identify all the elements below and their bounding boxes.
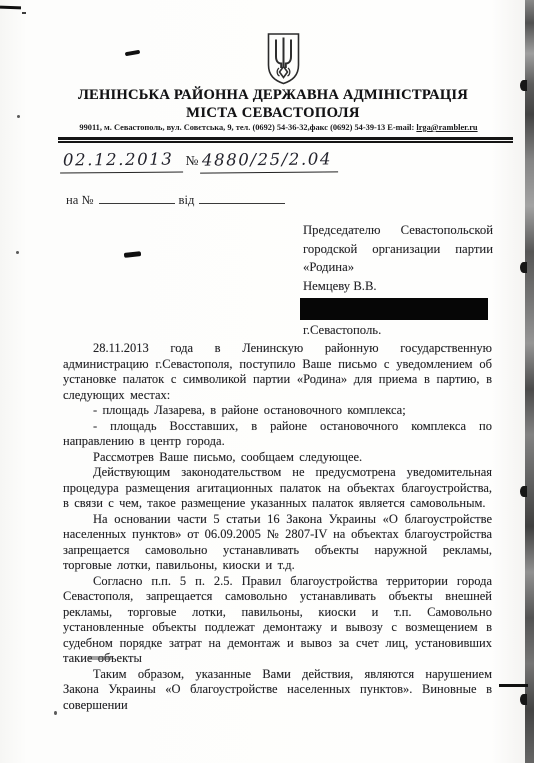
recipient-city: г.Севастополь.	[303, 321, 493, 340]
contact-line: 99011, м. Севастополь, вул. Совєтська, 9…	[45, 123, 512, 132]
reply-number-blank	[99, 191, 175, 204]
reply-date-blank	[199, 191, 285, 204]
body-paragraph: Согласно п.п. 5 п. 2.5. Правил благоустр…	[63, 574, 492, 667]
recipient-address: Председателю Севастопольской городской о…	[303, 221, 493, 277]
body-paragraph: - площадь Восставших, в районе остановоч…	[63, 419, 492, 450]
reference-row: 02.12.2013№4880/25/2.04	[60, 150, 338, 173]
recipient-block: Председателю Севастопольской городской о…	[303, 221, 493, 340]
letterhead-rule	[58, 137, 513, 143]
recipient-name: Немцеву В.В.	[303, 277, 493, 296]
scan-tick-mark	[22, 12, 26, 14]
scanned-letter-page: ЛЕНІНСЬКА РАЙОННА ДЕРЖАВНА АДМІНІСТРАЦІЯ…	[0, 0, 534, 763]
body-paragraph: Действующим законодательством не предусм…	[63, 465, 492, 512]
ink-dash-mark	[125, 50, 140, 57]
letter-body: 28.11.2013 года в Ленинскую районную гос…	[63, 341, 492, 713]
reply-label-from: від	[179, 193, 195, 207]
body-paragraph: 28.11.2013 года в Ленинскую районную гос…	[63, 341, 492, 403]
reply-label-on: на №	[66, 193, 94, 207]
body-paragraph: Рассмотрев Ваше письмо, сообщаем следующ…	[63, 450, 492, 466]
scan-edge-blob	[520, 694, 527, 705]
contact-text: 99011, м. Севастополь, вул. Совєтська, 9…	[79, 123, 416, 132]
scan-speck	[16, 251, 19, 254]
ink-dash-mark	[124, 251, 141, 258]
body-paragraph: - площадь Лазарева, в районе остановочно…	[63, 403, 492, 419]
redaction-bar	[300, 298, 488, 320]
scan-speck	[54, 711, 57, 715]
body-paragraph: На основании части 5 статьи 16 Закона Ук…	[63, 512, 492, 574]
scan-corner-mark	[0, 6, 21, 9]
email-text: lrga@rambler.ru	[416, 123, 477, 132]
scan-edge-band	[525, 0, 534, 763]
number-sign: №	[183, 153, 200, 168]
org-name-line1: ЛЕНІНСЬКА РАЙОННА ДЕРЖАВНА АДМІНІСТРАЦІЯ	[40, 87, 506, 104]
reply-reference-row: на №від	[66, 191, 285, 208]
scan-edge-blob	[520, 486, 527, 497]
ukraine-trident-emblem-icon	[266, 32, 301, 85]
body-paragraph: Таким образом, указанные Вами действия, …	[63, 667, 492, 714]
scan-speck	[17, 115, 20, 118]
ink-dash-mark	[499, 684, 528, 687]
outgoing-number-handwritten: 4880/25/2.04	[200, 149, 338, 173]
outgoing-date-handwritten: 02.12.2013	[60, 149, 184, 173]
scan-edge-blob	[520, 80, 527, 91]
org-name-line2: МІСТА СЕВАСТОПОЛЯ	[40, 105, 506, 122]
ink-smudge	[88, 656, 112, 660]
scan-edge-blob	[520, 262, 527, 273]
